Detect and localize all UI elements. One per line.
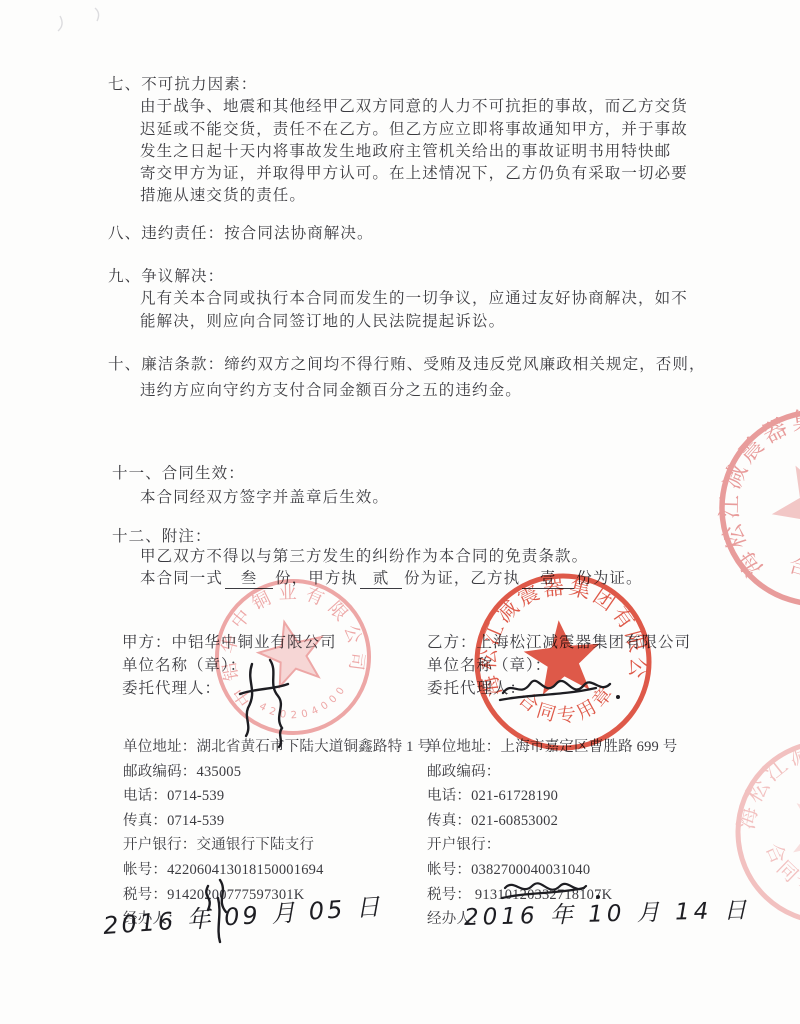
clause-11: 十一、合同生效： 本合同经双方签字并盖章后生效。 bbox=[112, 462, 389, 510]
party-b-block: 乙方：上海松江减震器集团有限公司 单位名称（章）： 委托代理人： bbox=[427, 631, 691, 701]
clause-7: 七、不可抗力因素： 由于战争、地震和其他经甲乙双方同意的人力不可抗拒的事故，而乙… bbox=[108, 74, 688, 208]
clause-9: 九、争议解决： 凡有关本合同或执行本合同而发生的一切争议，应通过友好协商解决，如… bbox=[108, 266, 688, 333]
party-b-zip: 邮政编码： bbox=[427, 760, 678, 785]
seal-bottom-text: 合同专用章 bbox=[751, 833, 800, 916]
party-b-bank: 开户银行： bbox=[427, 833, 678, 858]
edge-top-seal-stamp: 上海松江减震器集团有限公司 合同专用章 bbox=[675, 365, 800, 652]
contract-page: 七、不可抗力因素： 由于战争、地震和其他经甲乙双方同意的人力不可抗拒的事故，而乙… bbox=[0, 0, 800, 1024]
party-a-zip: 邮政编码：435005 bbox=[123, 760, 432, 785]
seal-bottom-text: 合同专用章 bbox=[778, 504, 800, 602]
party-a-agent-label: 委托代理人： bbox=[122, 677, 337, 700]
svg-text:合同专用章: 合同专用章 bbox=[751, 833, 800, 916]
clause-9-line: 凡有关本合同或执行本合同而发生的一切争议，应通过友好协商解决，如不 bbox=[140, 288, 688, 310]
copies-segment: 份为证，乙方执 bbox=[404, 570, 520, 587]
clause-8: 八、违约责任：按合同法协商解决。 bbox=[108, 223, 374, 245]
seal-star-icon bbox=[779, 776, 800, 876]
party-a-title: 甲方：中铝华中铜业有限公司 bbox=[122, 631, 337, 654]
party-a-address: 单位地址：湖北省黄石市下陆大道铜鑫路特 1 号 bbox=[123, 735, 432, 760]
seal-ring bbox=[688, 378, 800, 638]
party-b-address: 单位地址：上海市嘉定区曹胜路 699 号 bbox=[427, 735, 678, 760]
party-b-fax: 传真：021-60853002 bbox=[427, 809, 678, 834]
party-b-phone: 电话：021-61728190 bbox=[427, 784, 678, 809]
party-b-seal-label: 单位名称（章）： bbox=[427, 654, 691, 677]
clause-12-heading: 十二、附注： bbox=[112, 527, 588, 547]
copies-blank-party-a: 贰 bbox=[360, 566, 402, 589]
party-b-account: 帐号：0382700040031040 bbox=[427, 858, 678, 883]
party-a-bank: 开户银行：交通银行下陆支行 bbox=[123, 833, 432, 858]
party-a-phone: 电话：0714-539 bbox=[123, 784, 432, 809]
party-a-block: 甲方：中铝华中铜业有限公司 单位名称（章）： 委托代理人： bbox=[122, 631, 337, 701]
party-a-fax: 传真：0714-539 bbox=[123, 809, 432, 834]
party-a-seal-label: 单位名称（章）： bbox=[122, 654, 337, 677]
clause-7-heading: 七、不可抗力因素： bbox=[108, 74, 688, 96]
seal-arc-text: 上海松江减震器集团有限公司 bbox=[712, 702, 800, 895]
party-b-agent-label: 委托代理人： bbox=[427, 677, 691, 700]
copies-segment: 份，甲方执 bbox=[275, 570, 358, 587]
copies-segment: 本合同一式 bbox=[140, 570, 223, 587]
clause-7-line: 迟延或不能交货，责任不在乙方。但乙方应立即将事故通知甲方，并于事故 bbox=[140, 119, 688, 141]
copies-segment: 份为证。 bbox=[576, 570, 642, 587]
clause-7-line: 寄交甲方为证，并取得甲方认可。在上述情况下，乙方仍负有采取一切必要 bbox=[140, 163, 688, 185]
clause-9-line: 能解决，则应向合同签订地的人民法院提起诉讼。 bbox=[140, 311, 688, 333]
clause-12: 十二、附注： 甲乙双方不得以与第三方发生的纠纷作为本合同的免责条款。 bbox=[112, 527, 588, 567]
party-b-handwritten-date: 2016 年 10 月 14 日 bbox=[464, 892, 751, 932]
clause-10-line: 违约方应向守约方支付合同金额百分之五的违约金。 bbox=[140, 378, 706, 404]
clause-7-line: 发生之日起十天内将事故发生地政府主管机关给出的事故证明书用特快邮 bbox=[140, 141, 688, 163]
scan-smudge-marks bbox=[58, 8, 99, 31]
svg-text:合同专用章: 合同专用章 bbox=[778, 504, 800, 602]
clause-11-heading: 十一、合同生效： bbox=[112, 462, 389, 486]
clause-12-line: 甲乙双方不得以与第三方发生的纠纷作为本合同的免责条款。 bbox=[140, 547, 588, 567]
party-a-account: 帐号：422060413018150001694 bbox=[123, 858, 432, 883]
clause-11-line: 本合同经双方签字并盖章后生效。 bbox=[140, 486, 389, 510]
clause-9-heading: 九、争议解决： bbox=[108, 266, 688, 288]
copies-blank-party-b: 壹 bbox=[522, 566, 574, 589]
clause-7-line: 由于战争、地震和其他经甲乙双方同意的人力不可抗拒的事故，而乙方交货 bbox=[140, 96, 688, 118]
svg-text:上海松江减震器集团有限公司: 上海松江减震器集团有限公司 bbox=[712, 702, 800, 895]
clause-7-line: 措施从速交货的责任。 bbox=[140, 185, 688, 207]
party-b-title: 乙方：上海松江减震器集团有限公司 bbox=[427, 631, 691, 654]
clause-10-heading: 十、廉洁条款：缔约双方之间均不得行贿、受贿及违反党风廉政相关规定，否则， bbox=[108, 352, 706, 378]
copies-count-line: 本合同一式叁份，甲方执贰份为证，乙方执壹份为证。 bbox=[140, 566, 643, 589]
seal-star-icon bbox=[757, 445, 800, 559]
clause-8-heading: 八、违约责任：按合同法协商解决。 bbox=[108, 223, 374, 245]
clause-10: 十、廉洁条款：缔约双方之间均不得行贿、受贿及违反党风廉政相关规定，否则， 违约方… bbox=[108, 352, 706, 404]
copies-blank-total: 叁 bbox=[225, 566, 273, 589]
